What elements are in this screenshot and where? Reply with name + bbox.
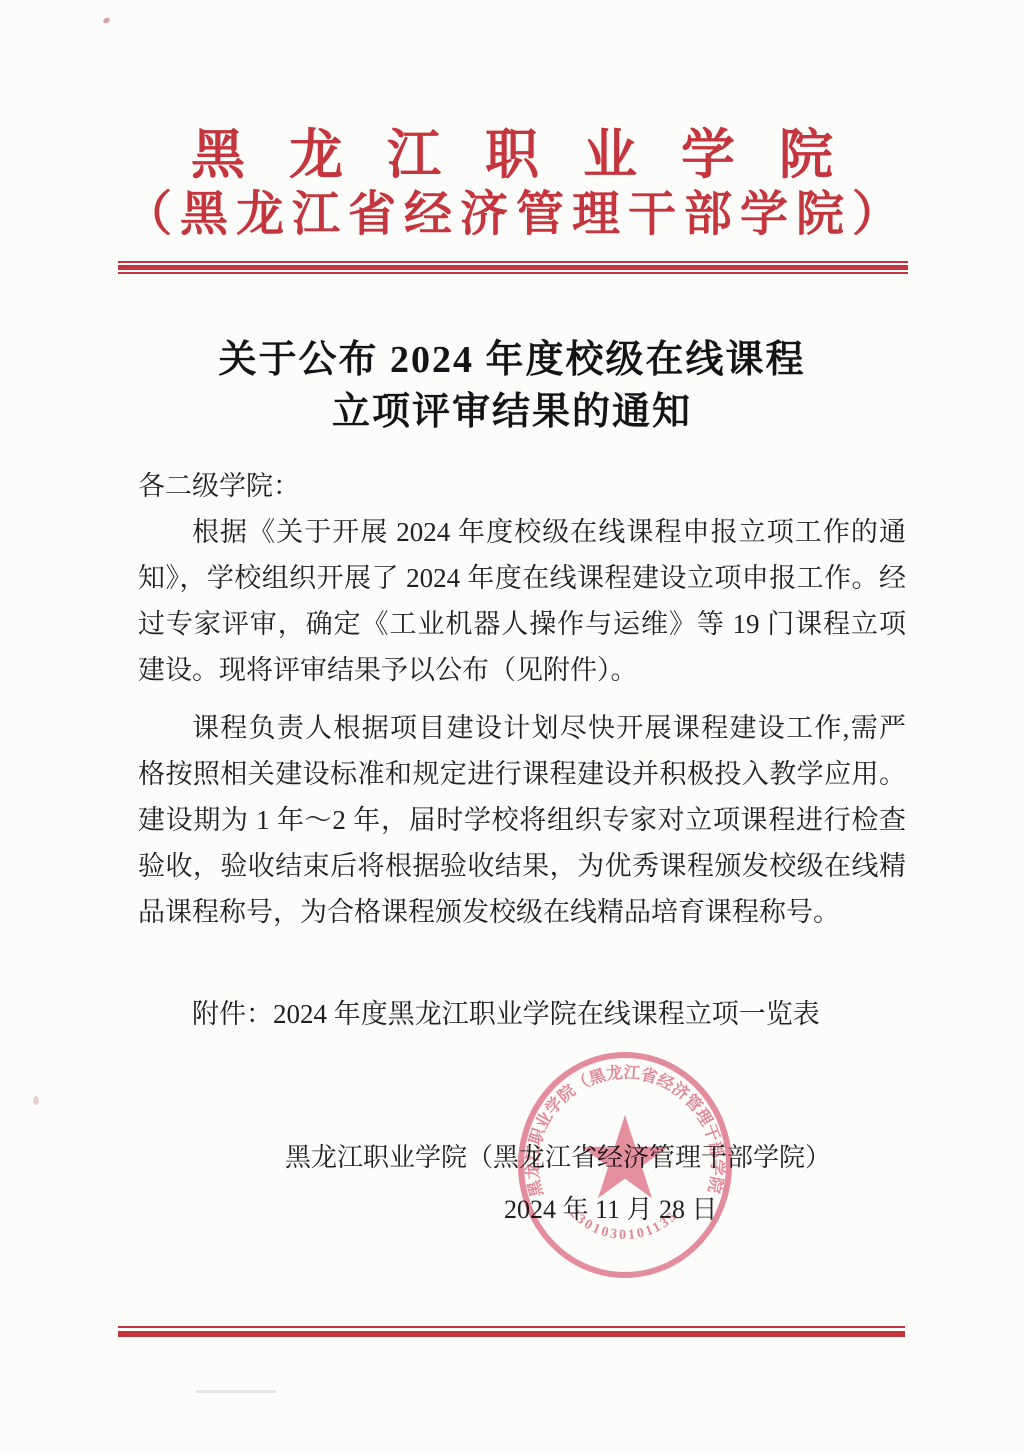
attachment-line: 附件：2024 年度黑龙江职业学院在线课程立项一览表 [138, 991, 906, 1037]
seal-serial-number: 2301030101135 [566, 1206, 681, 1243]
letterhead-org-name: 黑龙江职业学院 [0, 124, 1024, 186]
paragraph-1-line: 建设。现将评审结果予以公布（见附件）。 [138, 647, 906, 693]
salutation: 各二级学院： [138, 463, 906, 509]
letterhead-org-alt-name: （黑龙江省经济管理干部学院） [0, 186, 1024, 244]
paragraph-2-line: 品课程称号，为合格课程颁发校级在线精品培育课程称号。 [138, 889, 906, 935]
document-page: 黑龙江职业学院 （黑龙江省经济管理干部学院） 关于公布 2024 年度校级在线课… [0, 0, 1024, 1453]
document-title: 关于公布 2024 年度校级在线课程 立项评审结果的通知 [0, 334, 1024, 438]
paragraph-1-line: 过专家评审，确定《工业机器人操作与运维》等 19 门课程立项 [138, 601, 906, 647]
paragraph-2: 课程负责人根据项目建设计划尽快开展课程建设工作,需严 格按照相关建设标准和规定进… [138, 705, 906, 935]
seal-star-icon [581, 1115, 668, 1198]
letterhead: 黑龙江职业学院 （黑龙江省经济管理干部学院） [0, 124, 1024, 244]
paragraph-2-line: 建设期为 1 年～2 年，届时学校将组织专家对立项课程进行检查 [138, 797, 906, 843]
document-body: 各二级学院： 根据《关于开展 2024 年度校级在线课程申报立项工作的通 知》，… [138, 463, 906, 1037]
paragraph-2-line: 格按照相关建设标准和规定进行课程建设并积极投入教学应用。 [138, 751, 906, 797]
scan-artifact [102, 17, 111, 25]
paragraph-1-line: 根据《关于开展 2024 年度校级在线课程申报立项工作的通 [138, 509, 906, 555]
paragraph-2-line: 验收，验收结束后将根据验收结果，为优秀课程颁发校级在线精 [138, 843, 906, 889]
scan-artifact [196, 1390, 276, 1393]
scan-artifact [33, 1096, 39, 1105]
paragraph-2-line: 课程负责人根据项目建设计划尽快开展课程建设工作,需严 [138, 705, 906, 751]
footer-rule [118, 1326, 905, 1337]
paragraph-1: 根据《关于开展 2024 年度校级在线课程申报立项工作的通 知》，学校组织开展了… [138, 509, 906, 693]
paragraph-1-line: 知》，学校组织开展了 2024 年度在线课程建设立项申报工作。经 [138, 555, 906, 601]
document-title-line2: 立项评审结果的通知 [0, 386, 1024, 438]
official-seal: 黑龙江职业学院（黑龙江省经济管理干部学院） 2301030101135 [508, 1044, 742, 1289]
letterhead-divider-rule [118, 261, 908, 274]
document-title-line1: 关于公布 2024 年度校级在线课程 [0, 334, 1024, 386]
